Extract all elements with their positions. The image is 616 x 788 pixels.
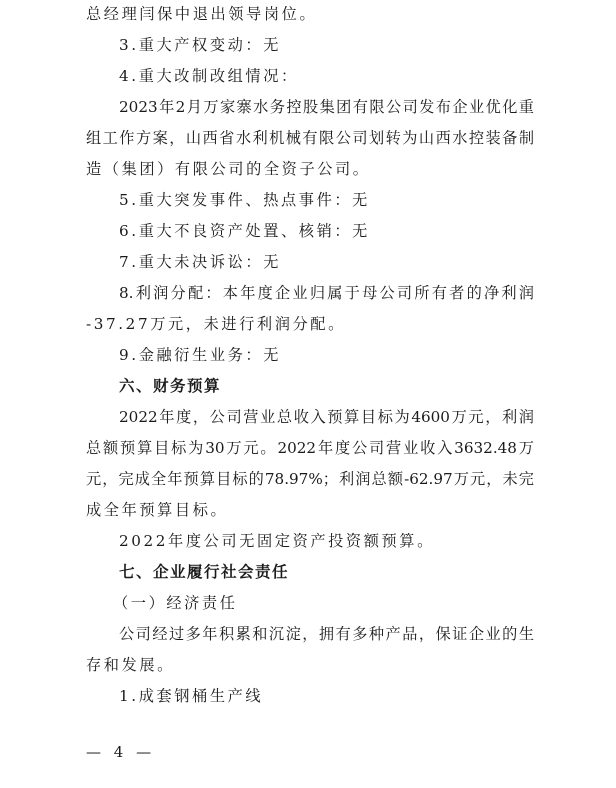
section-heading: 六、财务预算 bbox=[119, 376, 221, 396]
section-heading: 七、企业履行社会责任 bbox=[119, 562, 289, 582]
text-line: 元，完成全年预算目标的78.97%；利润总额-62.97万元，未完 bbox=[86, 469, 534, 489]
text-line: 存和发展。 bbox=[86, 655, 175, 675]
list-item: 6.重大不良资产处置、核销：无 bbox=[119, 221, 370, 241]
text-line: 公司经过多年积累和沉淀，拥有多种产品，保证企业的生 bbox=[119, 624, 534, 644]
text-line: 8.利润分配：本年度企业归属于母公司所有者的净利润 bbox=[119, 283, 534, 303]
list-item: 7.重大未决诉讼：无 bbox=[119, 252, 281, 272]
text-line: 成全年预算目标。 bbox=[86, 500, 228, 520]
text-line: -37.27万元，未进行利润分配。 bbox=[86, 314, 346, 334]
list-item: 9.金融衍生业务：无 bbox=[119, 345, 281, 365]
text-line: 2022年度，公司营业总收入预算目标为4600万元，利润 bbox=[119, 407, 534, 427]
page-number: — 4 — bbox=[86, 743, 155, 761]
text-line: 总额预算目标为30万元。2022年度公司营业收入3632.48万 bbox=[86, 438, 534, 458]
text-line: 造（集团）有限公司的全资子公司。 bbox=[86, 159, 371, 179]
text-line: 总经理闫保中退出领导岗位。 bbox=[86, 4, 317, 24]
list-item: 1.成套钢桶生产线 bbox=[119, 686, 263, 706]
text-line: 组工作方案，山西省水利机械有限公司划转为山西水控装备制 bbox=[86, 128, 534, 148]
text-line: 2022年度公司无固定资产投资额预算。 bbox=[119, 531, 435, 551]
list-item: 5.重大突发事件、热点事件：无 bbox=[119, 190, 370, 210]
subsection-heading: （一）经济责任 bbox=[113, 593, 238, 613]
text-line: 2023年2月万家寨水务控股集团有限公司发布企业优化重 bbox=[119, 97, 534, 117]
list-item: 3.重大产权变动：无 bbox=[119, 35, 281, 55]
list-item: 4.重大改制改组情况： bbox=[119, 66, 299, 86]
